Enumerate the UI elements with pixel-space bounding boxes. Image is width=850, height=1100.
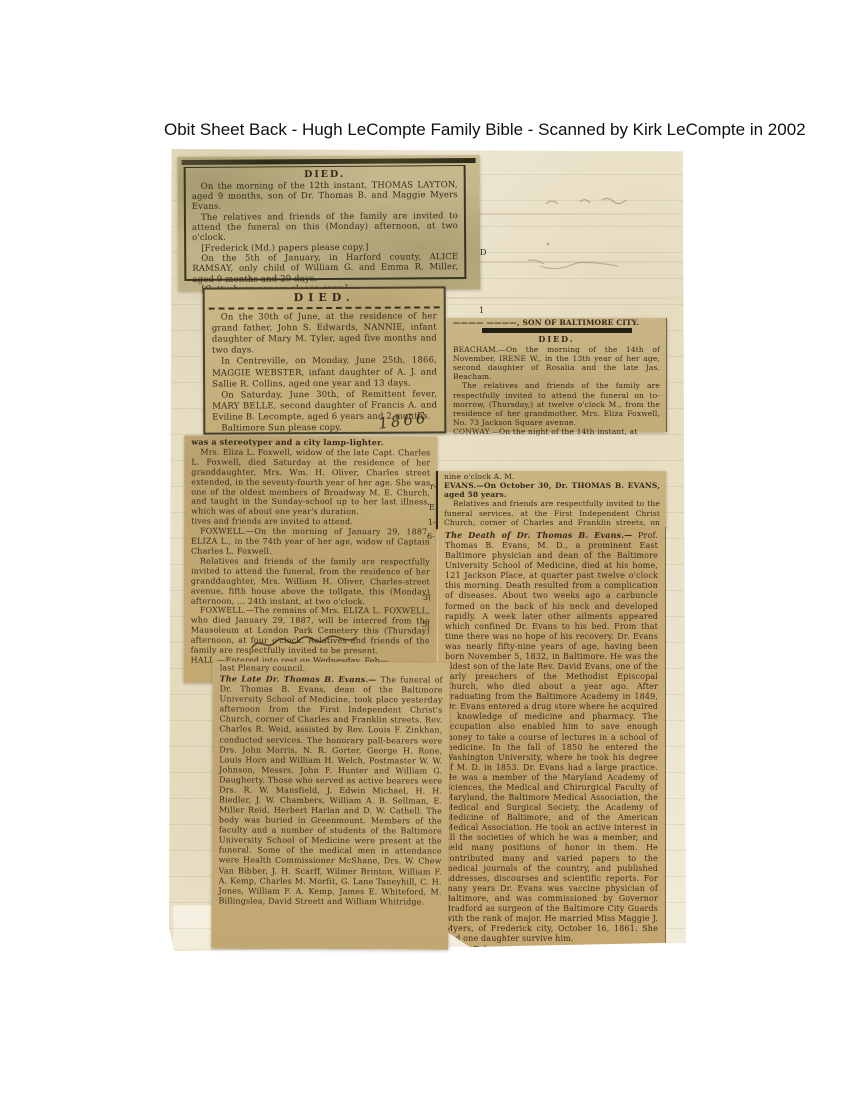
obit-paragraph: The relatives and friends of the family … (453, 381, 660, 427)
obit-paragraph: The relatives and friends of the family … (192, 211, 458, 244)
clipping-evans-notice: nine o'clock A. M. EVANS.—On October 30,… (436, 471, 666, 529)
handwritten-scrawl (250, 632, 360, 656)
cutoff-header-line: nine o'clock A. M. (444, 472, 660, 481)
column-rule-bar (482, 328, 632, 333)
obit-heading: DIED. (453, 335, 660, 345)
cutoff-paragraph: CONWAY.—On the night of the 14th instant… (453, 427, 660, 436)
page-title: Obit Sheet Back - Hugh LeCompte Family B… (164, 120, 844, 140)
clipping-beacham: ———— ————, SON OF BALTIMORE CITY. DIED. … (447, 318, 667, 432)
clipping-text-box: The Death of Dr. Thomas B. Evans.— Prof.… (438, 527, 665, 967)
clipping-text-box: last Plenary council. The Late Dr. Thoma… (211, 661, 449, 909)
edge-fragment: D (480, 248, 486, 257)
obit-paragraph: BEACHAM.—On the morning of the 14th of N… (453, 345, 660, 382)
edge-fragment: 3( (423, 593, 431, 602)
obit-paragraph: On the morning of the 12th instant, THOM… (192, 180, 458, 213)
cutoff-header-line: ———— ————, SON OF BALTIMORE CITY. (453, 318, 660, 327)
obit-paragraph: EVANS.—On October 30, Dr. THOMAS B. EVAN… (444, 481, 660, 499)
obit-paragraph: Relatives and friends of the family are … (191, 556, 430, 606)
article-heading: The Late Dr. Thomas B. Evans.— (220, 673, 377, 684)
obit-paragraph: On the 5th of January, in Harford county… (192, 252, 458, 285)
scanned-obit-page: { "page": { "title": "Obit Sheet Back - … (0, 0, 850, 1100)
obit-heading-box: DIED. (209, 288, 440, 310)
clipping-edge-bar (182, 158, 476, 165)
obit-paragraph: In Centreville, on Monday, June 25th, 18… (212, 356, 437, 390)
clipping-foxwell: was a stereotyper and a city lamp-lighte… (184, 436, 438, 684)
pencil-marks (528, 192, 658, 282)
clipping-text-box: DIED. On the morning of the 12th instant… (184, 165, 467, 281)
clipping-evans-death-article: The Death of Dr. Thomas B. Evans.— Prof.… (438, 527, 666, 947)
edge-fragment: 1 (479, 306, 484, 315)
article-heading: The Death of Dr. Thomas B. Evans.— (445, 530, 632, 540)
clipping-text-box: ———— ————, SON OF BALTIMORE CITY. DIED. … (447, 318, 666, 436)
obit-paragraph: FOXWELL.—On the morning of January 29, 1… (191, 527, 430, 558)
obit-paragraph: Mrs. Eliza L. Foxwell, widow of the late… (191, 447, 430, 517)
obit-heading: DIED. (209, 290, 440, 306)
edge-fragment: r- (430, 482, 437, 491)
article-body: The funeral of Dr. Thomas B. Evans, dean… (218, 675, 442, 906)
article-body: Prof. Thomas B. Evans, M. D., a prominen… (445, 531, 658, 943)
next-article-heading: Fair at St. Paul's Catholic Church. (445, 944, 658, 954)
edge-fragment: 6- (427, 532, 435, 541)
obit-paragraph: On the 30th of June, at the residence of… (212, 312, 437, 357)
clipping-june-deaths-1866: DIED. On the 30th of June, at the reside… (203, 286, 447, 434)
edge-fragment: E (429, 503, 435, 512)
clipping-layton-ramsay: DIED. On the morning of the 12th instant… (178, 155, 481, 291)
edge-fragment: 5( (422, 620, 430, 629)
edge-fragment: 1- (428, 518, 436, 527)
cutoff-paragraph: Good things to eat, an (445, 954, 658, 964)
clipping-evans-funeral-article: last Plenary council. The Late Dr. Thoma… (211, 661, 449, 949)
